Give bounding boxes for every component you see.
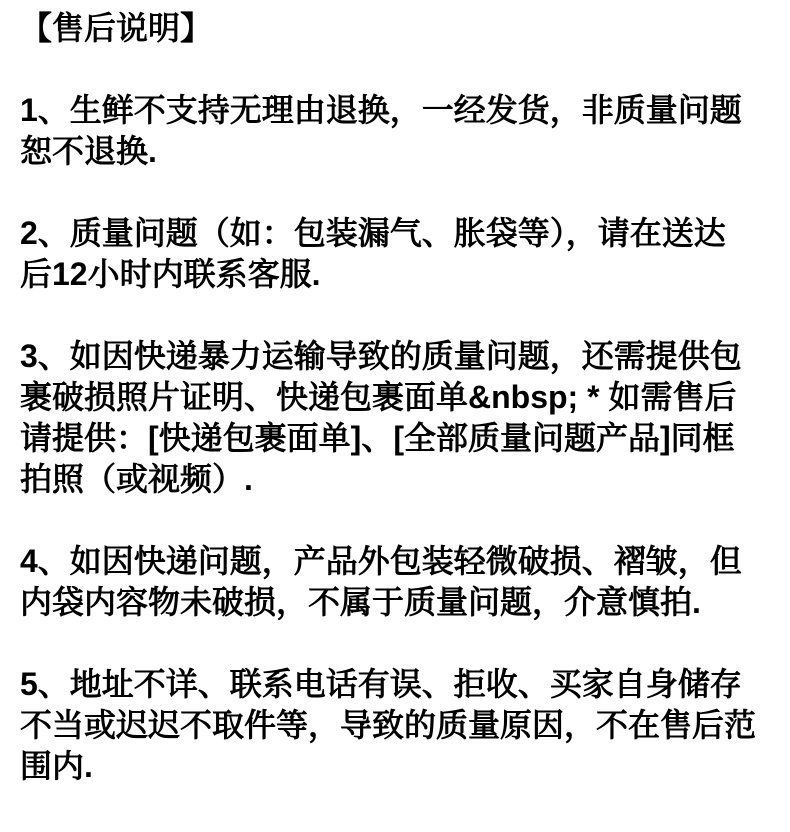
after-sales-notice-page: 【售后说明】 1、生鲜不支持无理由退换，一经发货，非质量问题 恕不退换. 2、质… <box>0 0 790 787</box>
text-line: 4、如因快递问题，产品外包装轻微破损、褶皱，但 <box>20 541 772 582</box>
after-sales-item-1: 1、生鲜不支持无理由退换，一经发货，非质量问题 恕不退换. <box>20 90 772 172</box>
text-line: 2、质量问题（如：包装漏气、胀袋等），请在送达 <box>20 213 772 254</box>
after-sales-item-2: 2、质量问题（如：包装漏气、胀袋等），请在送达 后12小时内联系客服. <box>20 213 772 295</box>
text-line: 3、如因快递暴力运输导致的质量问题，还需提供包 <box>20 336 772 377</box>
text-line: 1、生鲜不支持无理由退换，一经发货，非质量问题 <box>20 90 772 131</box>
page-title: 【售后说明】 <box>20 8 772 49</box>
text-line: 裹破损照片证明、快递包裹面单&nbsp; * 如需售后 <box>20 377 772 418</box>
text-line: 拍照（或视频）. <box>20 459 772 500</box>
after-sales-item-4: 4、如因快递问题，产品外包装轻微破损、褶皱，但 内袋内容物未破损，不属于质量问题… <box>20 541 772 623</box>
after-sales-item-5: 5、地址不详、联系电话有误、拒收、买家自身储存 不当或迟迟不取件等，导致的质量原… <box>20 664 772 787</box>
after-sales-item-3: 3、如因快递暴力运输导致的质量问题，还需提供包 裹破损照片证明、快递包裹面单&n… <box>20 336 772 500</box>
text-line: 后12小时内联系客服. <box>20 254 772 295</box>
text-line: 恕不退换. <box>20 131 772 172</box>
text-line: 不当或迟迟不取件等，导致的质量原因，不在售后范 <box>20 705 772 746</box>
text-line: 5、地址不详、联系电话有误、拒收、买家自身储存 <box>20 664 772 705</box>
text-line: 围内. <box>20 746 772 787</box>
text-line: 内袋内容物未破损，不属于质量问题，介意慎拍. <box>20 582 772 623</box>
text-line: 请提供：[快递包裹面单]、[全部质量问题产品]同框 <box>20 418 772 459</box>
